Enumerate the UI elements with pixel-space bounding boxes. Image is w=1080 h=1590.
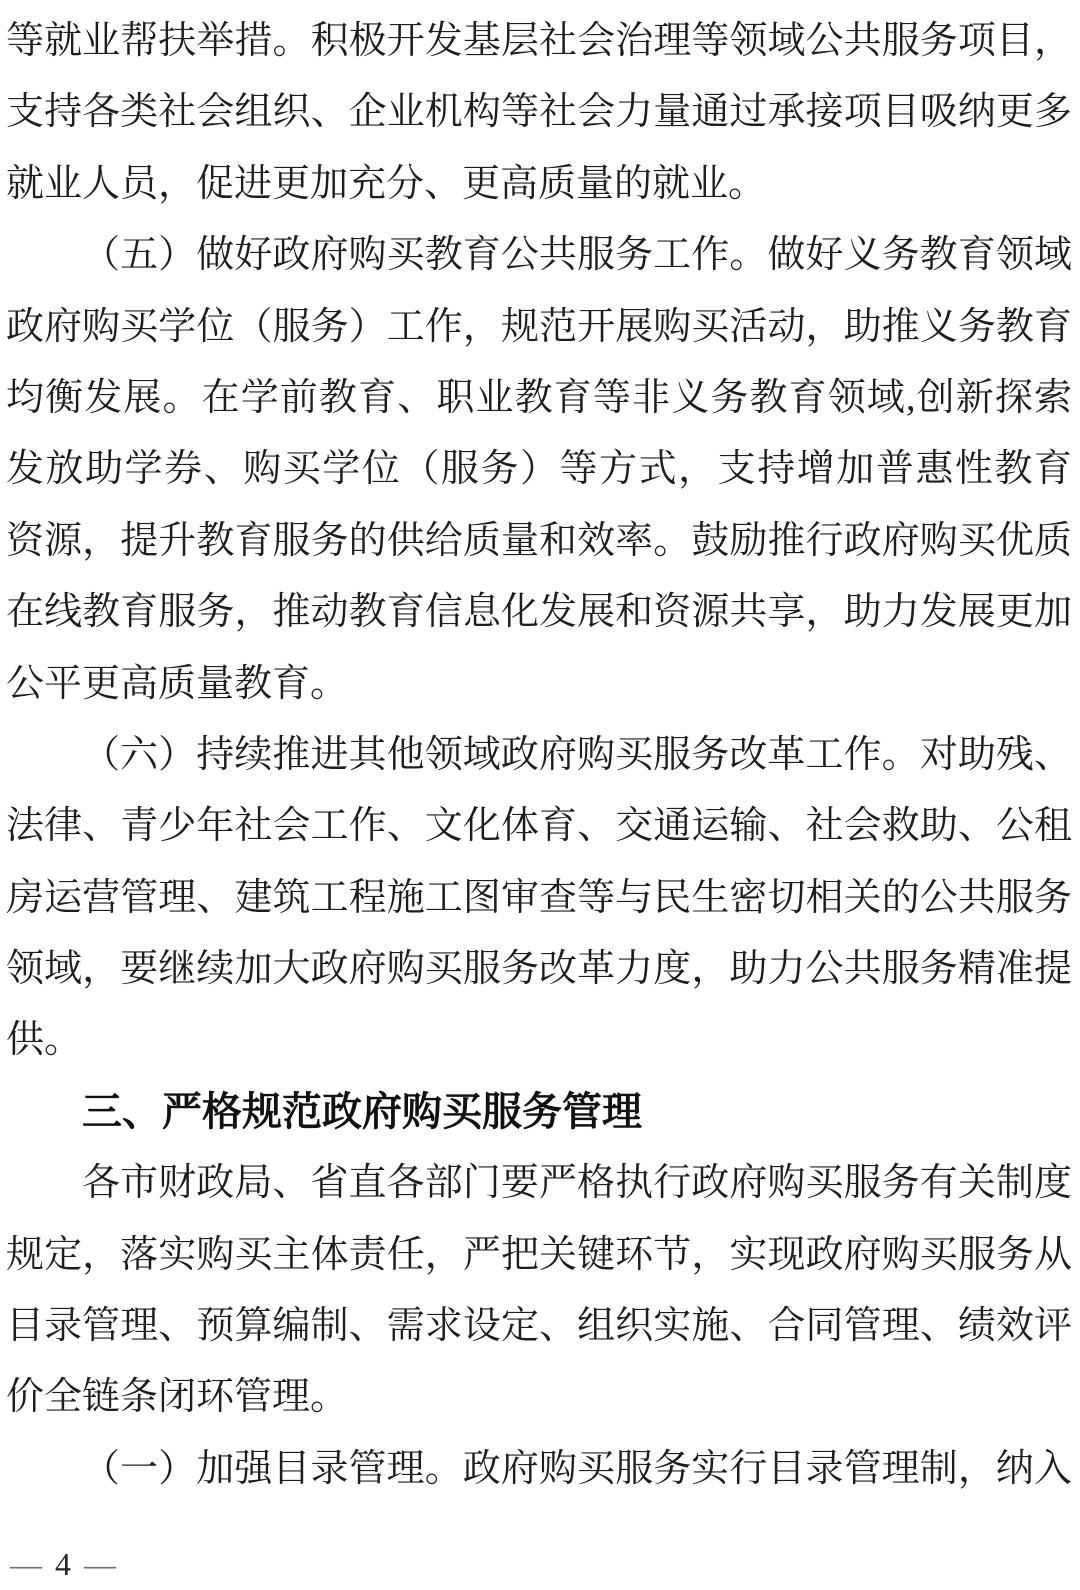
body-text: 房运营管理、建筑工程施工图审查等与民生密切相关的公共服务 xyxy=(6,877,1072,919)
body-text: 目录管理、预算编制、需求设定、组织实施、合同管理、绩效评 xyxy=(6,1305,1072,1347)
text-line: 三、严格规范政府购买服务管理 xyxy=(6,1077,1072,1148)
text-line: 均衡发展。在学前教育、职业教育等非义务教育领域,创新探索 xyxy=(6,363,1072,434)
page-number: 4 xyxy=(55,1546,71,1582)
text-line: 政府购买学位（服务）工作，规范开展购买活动，助推义务教育 xyxy=(6,292,1072,363)
body-text: 规定，落实购买主体责任，严把关键环节，实现政府购买服务从 xyxy=(6,1234,1072,1276)
paragraph-lead-text: （五）做好政府购买教育公共服务工作。 xyxy=(82,234,767,276)
para-section-3-intro: 各市财政局、省直各部门要严格执行政府购买服务有关制度规定，落实购买主体责任，严把… xyxy=(6,1148,1072,1434)
text-line: 供。 xyxy=(6,1005,1072,1076)
body-text: 均衡发展。在学前教育、职业教育等非义务教育领域,创新探索 xyxy=(6,377,1072,419)
text-line: 发放助学券、购买学位（服务）等方式，支持增加普惠性教育 xyxy=(6,434,1072,505)
footer-dash-right: — xyxy=(84,1546,116,1582)
body-text: 就业人员，促进更加充分、更高质量的就业。 xyxy=(6,163,766,205)
body-text: 等就业帮扶举措。积极开发基层社会治理等领域公共服务项目， xyxy=(6,20,1072,62)
text-line: 各市财政局、省直各部门要严格执行政府购买服务有关制度 xyxy=(6,1148,1072,1219)
text-line: 等就业帮扶举措。积极开发基层社会治理等领域公共服务项目， xyxy=(6,6,1072,77)
body-text: 政府购买服务实行目录管理制，纳入 xyxy=(463,1448,1072,1490)
para-item-1-catalog: （一）加强目录管理。政府购买服务实行目录管理制，纳入 xyxy=(6,1434,1072,1505)
body-text: 发放助学券、购买学位（服务）等方式，支持增加普惠性教育 xyxy=(6,448,1072,490)
para-item-6-other-areas: （六）持续推进其他领域政府购买服务改革工作。对助残、法律、青少年社会工作、文化体… xyxy=(6,720,1072,1077)
text-line: （一）加强目录管理。政府购买服务实行目录管理制，纳入 xyxy=(6,1434,1072,1505)
text-line: （六）持续推进其他领域政府购买服务改革工作。对助残、 xyxy=(6,720,1072,791)
page-footer: —4— xyxy=(10,1542,116,1586)
text-line: 房运营管理、建筑工程施工图审查等与民生密切相关的公共服务 xyxy=(6,863,1072,934)
paragraph-lead-text: （一）加强目录管理。 xyxy=(82,1448,463,1490)
body-text: 法律、青少年社会工作、文化体育、交通运输、社会救助、公租 xyxy=(6,805,1072,847)
body-text: 资源，提升教育服务的供给质量和效率。鼓励推行政府购买优质 xyxy=(6,520,1072,562)
body-text: 支持各类社会组织、企业机构等社会力量通过承接项目吸纳更多 xyxy=(6,91,1072,133)
body-text: 做好义务教育领域 xyxy=(767,234,1072,276)
text-line: 就业人员，促进更加充分、更高质量的就业。 xyxy=(6,149,1072,220)
document-page: 等就业帮扶举措。积极开发基层社会治理等领域公共服务项目，支持各类社会组织、企业机… xyxy=(0,0,1080,1590)
heading-section-3: 三、严格规范政府购买服务管理 xyxy=(6,1077,1072,1148)
body-text: 领域，要继续加大政府购买服务改革力度，助力公共服务精准提 xyxy=(6,948,1072,990)
body-text: 价全链条闭环管理。 xyxy=(6,1376,348,1418)
body-text: 供。 xyxy=(6,1019,82,1061)
text-line: 领域，要继续加大政府购买服务改革力度，助力公共服务精准提 xyxy=(6,934,1072,1005)
text-line: 目录管理、预算编制、需求设定、组织实施、合同管理、绩效评 xyxy=(6,1291,1072,1362)
para-item-5-education: （五）做好政府购买教育公共服务工作。做好义务教育领域政府购买学位（服务）工作，规… xyxy=(6,220,1072,720)
text-line: 支持各类社会组织、企业机构等社会力量通过承接项目吸纳更多 xyxy=(6,77,1072,148)
body-text: 在线教育服务，推动教育信息化发展和资源共享，助力发展更加 xyxy=(6,591,1072,633)
footer-dash-left: — xyxy=(10,1546,42,1582)
body-text: 各市财政局、省直各部门要严格执行政府购买服务有关制度 xyxy=(82,1162,1072,1204)
text-line: 在线教育服务，推动教育信息化发展和资源共享，助力发展更加 xyxy=(6,577,1072,648)
body-text: 公平更高质量教育。 xyxy=(6,663,348,705)
body-text: 对助残、 xyxy=(920,734,1072,776)
text-line: 公平更高质量教育。 xyxy=(6,649,1072,720)
text-line: 价全链条闭环管理。 xyxy=(6,1362,1072,1433)
text-line: 资源，提升教育服务的供给质量和效率。鼓励推行政府购买优质 xyxy=(6,506,1072,577)
body-text: 政府购买学位（服务）工作，规范开展购买活动，助推义务教育 xyxy=(6,306,1072,348)
body-text: 三、严格规范政府购买服务管理 xyxy=(82,1090,642,1134)
text-line: （五）做好政府购买教育公共服务工作。做好义务教育领域 xyxy=(6,220,1072,291)
para-employment-continued: 等就业帮扶举措。积极开发基层社会治理等领域公共服务项目，支持各类社会组织、企业机… xyxy=(6,6,1072,220)
text-line: 规定，落实购买主体责任，严把关键环节，实现政府购买服务从 xyxy=(6,1220,1072,1291)
document-body: 等就业帮扶举措。积极开发基层社会治理等领域公共服务项目，支持各类社会组织、企业机… xyxy=(6,6,1072,1505)
paragraph-lead-text: （六）持续推进其他领域政府购买服务改革工作。 xyxy=(82,734,920,776)
text-line: 法律、青少年社会工作、文化体育、交通运输、社会救助、公租 xyxy=(6,791,1072,862)
